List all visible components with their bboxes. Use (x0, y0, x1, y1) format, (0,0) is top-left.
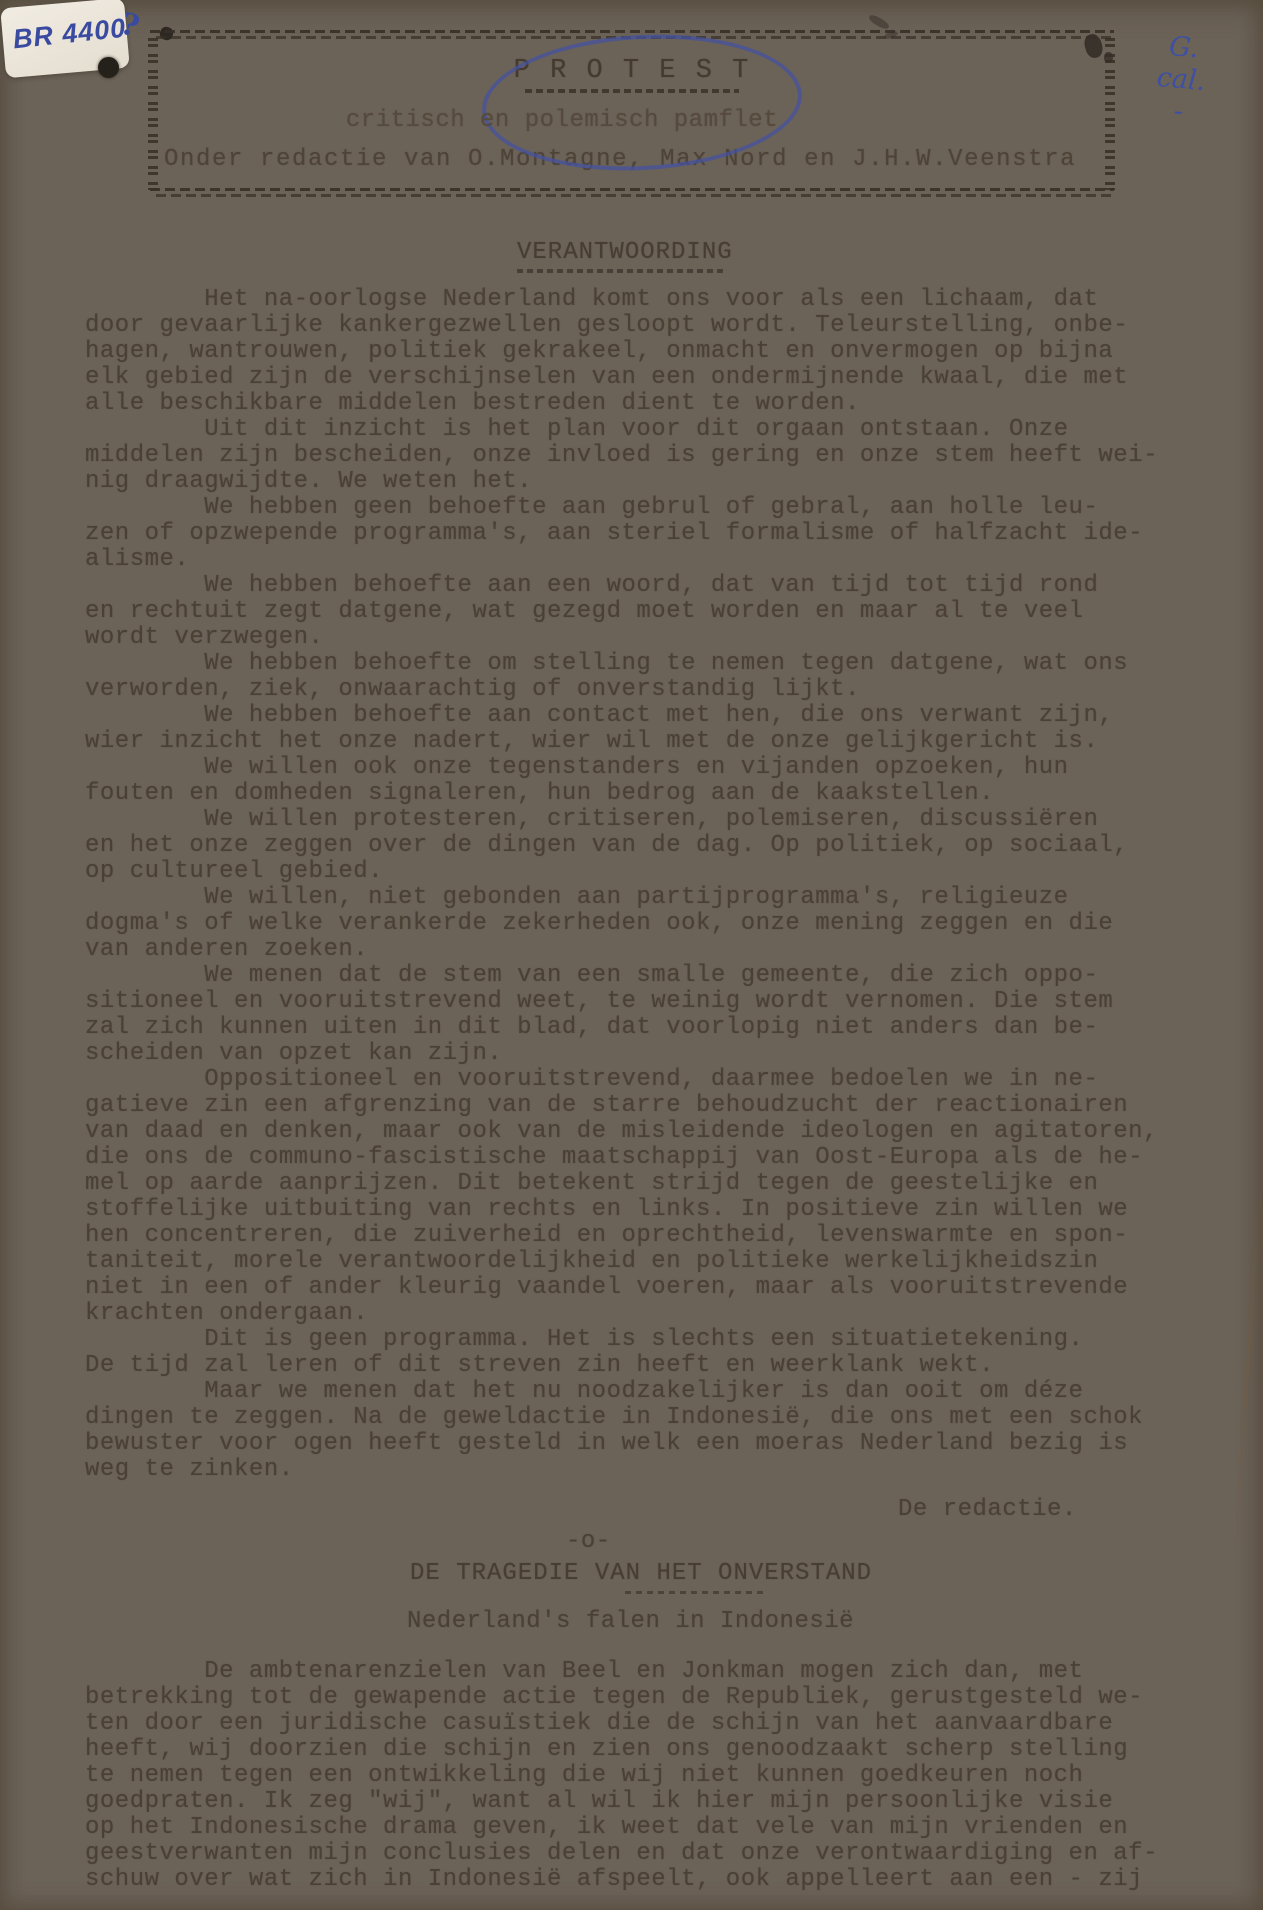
paragraph: Uit dit inzicht is het plan voor dit org… (85, 417, 1225, 495)
editorial-signature: De redactie. (898, 1497, 1225, 1523)
paragraph: De ambtenarenzielen van Beel en Jonkman … (85, 1659, 1225, 1893)
scanned-pamphlet-page: BR 4400 ? G. cal. - P R O T E S T critis… (0, 0, 1263, 1910)
paragraph: We willen ook onze tegenstanders en vija… (85, 755, 1225, 807)
paragraph: We willen protesteren, critiseren, polem… (85, 807, 1225, 885)
document-body: VERANTWOORDING Het na-oorlogse Nederland… (85, 238, 1225, 1893)
masthead: P R O T E S T critisch en polemisch pamf… (148, 30, 1116, 198)
paragraph: Het na-oorlogse Nederland komt ons voor … (85, 287, 1225, 417)
paragraph: We hebben geen behoefte aan gebrul of ge… (85, 495, 1225, 573)
pen-margin-note: G. cal. - (1132, 28, 1230, 131)
paper-crease (1233, 1180, 1263, 1559)
section2-heading-underline (625, 1591, 763, 1594)
section2-paragraphs: De ambtenarenzielen van Beel en Jonkman … (85, 1659, 1225, 1893)
section1-heading-underline (517, 269, 725, 273)
paragraph: Dit is geen programma. Het is slechts ee… (85, 1327, 1225, 1379)
section1-paragraphs: Het na-oorlogse Nederland komt ons voor … (85, 287, 1225, 1483)
section1-heading: VERANTWOORDING (517, 240, 1225, 266)
section2-subheading: Nederland's falen in Indonesië (407, 1609, 1225, 1635)
paragraph: Oppositioneel en vooruitstrevend, daarme… (85, 1067, 1225, 1327)
typed-border-bottom (150, 188, 1114, 198)
paragraph: We hebben behoefte aan contact met hen, … (85, 703, 1225, 755)
paragraph: We hebben behoefte aan een woord, dat va… (85, 573, 1225, 651)
section-divider: -o- (566, 1529, 1225, 1555)
section2-heading: DE TRAGEDIE VAN HET ONVERSTAND (410, 1561, 872, 1587)
paragraph: Maar we menen dat het nu noodzakelijker … (85, 1379, 1225, 1483)
ink-smudge (867, 13, 890, 31)
sticker-label: BR 4400 (0, 0, 128, 56)
typed-border-right (1105, 38, 1116, 190)
paragraph: We menen dat de stem van een smalle geme… (85, 963, 1225, 1067)
paragraph: We willen, niet gebonden aan partijprogr… (85, 885, 1225, 963)
masthead-subtitle: critisch en polemisch pamflet (78, 108, 1046, 134)
paragraph: We hebben behoefte om stelling te nemen … (85, 651, 1225, 703)
punch-hole (98, 57, 119, 78)
